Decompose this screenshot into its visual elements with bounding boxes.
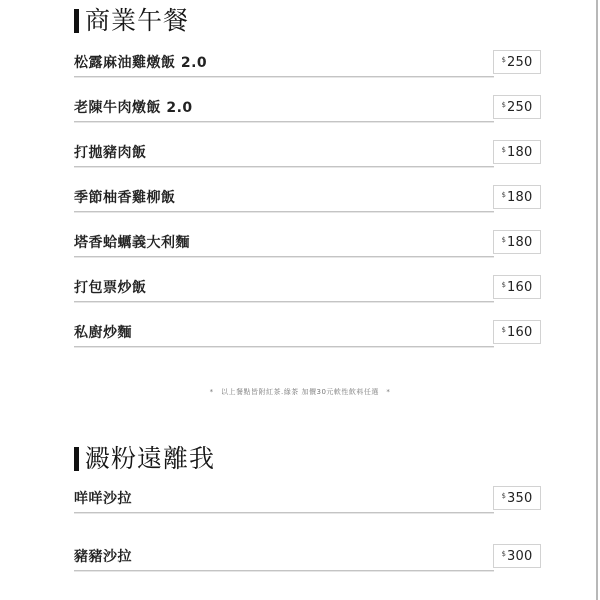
section-title: 商業午餐 — [85, 4, 189, 38]
menu-item: 咩咩沙拉 $ 350 — [74, 489, 540, 513]
price-box: $ 160 — [493, 320, 541, 344]
menu-item: 松露麻油雞燉飯 2.0 $ 250 — [74, 53, 540, 77]
divider — [74, 256, 494, 257]
divider — [74, 76, 494, 77]
menu-item: 打包票炒飯 $ 160 — [74, 278, 540, 302]
currency-symbol: $ — [502, 281, 506, 289]
currency-symbol: $ — [502, 326, 506, 334]
footnote: * 以上餐點皆附紅茶.綠茶 加價30元軟性飲料任選 * — [0, 387, 600, 397]
menu-item: 打拋豬肉飯 $ 180 — [74, 143, 540, 167]
price-amount: 300 — [507, 549, 532, 564]
menu-item: 老陳牛肉燉飯 2.0 $ 250 — [74, 98, 540, 122]
currency-symbol: $ — [502, 550, 506, 558]
menu-item-name: 打包票炒飯 — [74, 278, 147, 298]
page-right-border — [596, 0, 598, 600]
currency-symbol: $ — [502, 492, 506, 500]
currency-symbol: $ — [502, 236, 506, 244]
divider — [74, 346, 494, 347]
price-amount: 180 — [507, 145, 532, 160]
currency-symbol: $ — [502, 101, 506, 109]
price-box: $ 160 — [493, 275, 541, 299]
price-box: $ 300 — [493, 544, 541, 568]
menu-item-name: 季節柚香雞柳飯 — [74, 188, 176, 208]
section-heading-business-lunch: 商業午餐 — [74, 4, 189, 38]
divider — [74, 570, 494, 571]
section-title: 澱粉遠離我 — [85, 442, 215, 476]
price-box: $ 250 — [493, 50, 541, 74]
price-box: $ 350 — [493, 486, 541, 510]
currency-symbol: $ — [502, 191, 506, 199]
divider — [74, 121, 494, 122]
menu-item: 季節柚香雞柳飯 $ 180 — [74, 188, 540, 212]
price-amount: 180 — [507, 235, 532, 250]
menu-item-name: 塔香蛤蠣義大利麵 — [74, 233, 190, 253]
menu-item-name: 打拋豬肉飯 — [74, 143, 147, 163]
divider — [74, 166, 494, 167]
menu-item-name: 松露麻油雞燉飯 2.0 — [74, 53, 207, 73]
price-amount: 250 — [507, 55, 532, 70]
divider — [74, 512, 494, 513]
price-box: $ 180 — [493, 230, 541, 254]
menu-item-name: 老陳牛肉燉飯 2.0 — [74, 98, 193, 118]
currency-symbol: $ — [502, 146, 506, 154]
price-amount: 160 — [507, 325, 532, 340]
menu-item-name: 豬豬沙拉 — [74, 547, 132, 567]
currency-symbol: $ — [502, 56, 506, 64]
menu-item-name: 咩咩沙拉 — [74, 489, 132, 509]
price-box: $ 250 — [493, 95, 541, 119]
heading-bar-icon — [74, 9, 79, 33]
menu-item-name: 私廚炒麵 — [74, 323, 132, 343]
menu-item: 塔香蛤蠣義大利麵 $ 180 — [74, 233, 540, 257]
price-box: $ 180 — [493, 185, 541, 209]
price-amount: 160 — [507, 280, 532, 295]
divider — [74, 301, 494, 302]
section-heading-low-carb: 澱粉遠離我 — [74, 442, 215, 476]
menu-item: 私廚炒麵 $ 160 — [74, 323, 540, 347]
heading-bar-icon — [74, 447, 79, 471]
price-amount: 250 — [507, 100, 532, 115]
price-amount: 350 — [507, 491, 532, 506]
price-box: $ 180 — [493, 140, 541, 164]
divider — [74, 211, 494, 212]
price-amount: 180 — [507, 190, 532, 205]
menu-item: 豬豬沙拉 $ 300 — [74, 547, 540, 571]
